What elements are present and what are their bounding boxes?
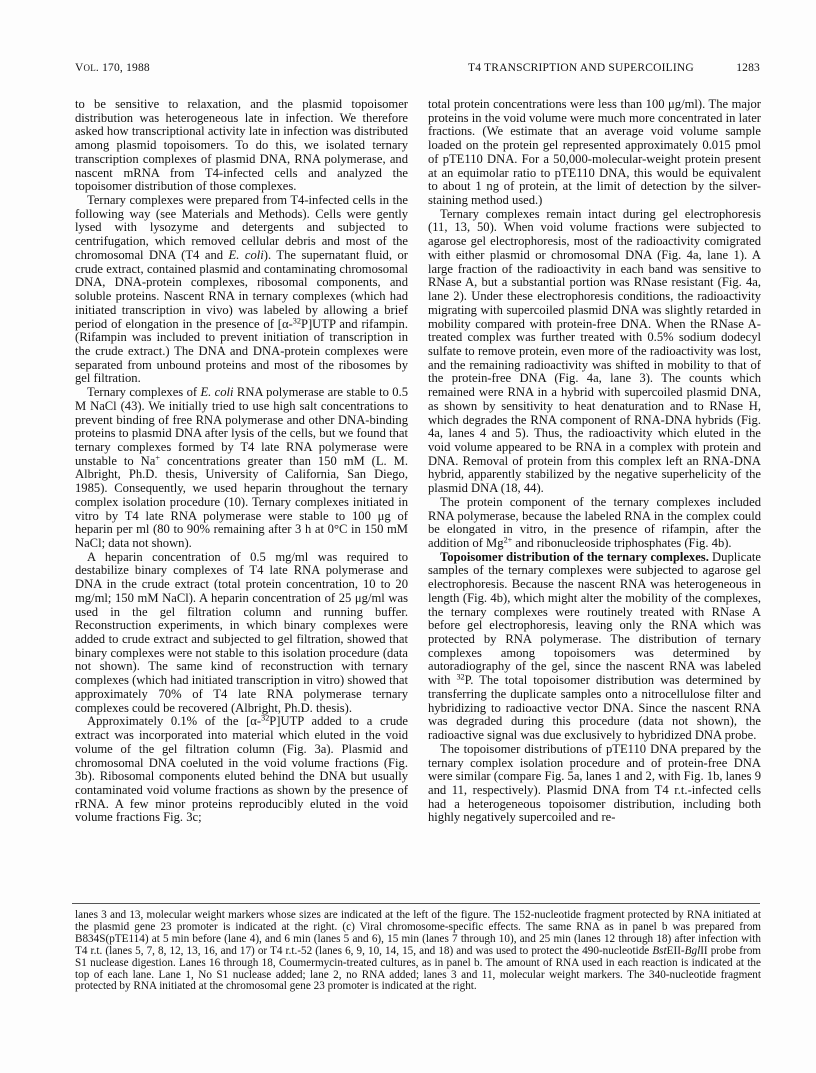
volume-prefix: V (75, 62, 84, 74)
superscript: 32 (293, 316, 301, 325)
superscript: 32 (456, 673, 464, 682)
species-name: E. coli (229, 248, 264, 262)
left-column: to be sensitive to relaxation, and the p… (75, 98, 408, 825)
text-run: Ternary complexes of (87, 385, 200, 399)
running-head-volume: VOL. 170, 1988 (75, 62, 150, 74)
paragraph: A heparin concentration of 0.5 mg/ml was… (75, 551, 408, 716)
paragraph: Ternary complexes remain intact during g… (428, 208, 761, 496)
superscript: 2+ (504, 536, 513, 545)
text-run: Approximately 0.1% of the [α- (87, 714, 261, 728)
right-column: total protein concentrations were less t… (428, 98, 761, 825)
paragraph: Ternary complexes were prepared from T4-… (75, 194, 408, 386)
paragraph: The topoisomer distributions of pTE110 D… (428, 743, 761, 825)
text-run: P]UTP added to a crude extract was incor… (75, 714, 408, 824)
section-heading: Topoisomer distribution of the ternary c… (440, 550, 709, 564)
paragraph: total protein concentrations were less t… (428, 98, 761, 208)
running-head-right: T4 TRANSCRIPTION AND SUPERCOILING 1283 (468, 62, 760, 74)
figure-caption: lanes 3 and 13, molecular weight markers… (75, 910, 761, 993)
paragraph: The protein component of the ternary com… (428, 496, 761, 551)
volume-year: . 170, 1988 (96, 62, 150, 74)
text-run: Duplicate samples of the ternary complex… (428, 550, 761, 687)
enzyme-name: Bst (652, 945, 666, 957)
enzyme-name: Bgl (685, 945, 701, 957)
paragraph: Approximately 0.1% of the [α-32P]UTP add… (75, 715, 408, 825)
paragraph: Topoisomer distribution of the ternary c… (428, 551, 761, 743)
journal-running-title: T4 TRANSCRIPTION AND SUPERCOILING (468, 62, 694, 74)
text-run: P. The total topoisomer distribution was… (428, 673, 761, 742)
species-name: E. coli (200, 385, 233, 399)
text-run: concentrations greater than 150 mM (L. M… (75, 454, 408, 550)
text-run: and ribonucleoside triphosphates (Fig. 4… (512, 536, 731, 550)
paragraph: Ternary complexes of E. coli RNA polymer… (75, 386, 408, 551)
page-number: 1283 (736, 62, 760, 74)
paragraph: to be sensitive to relaxation, and the p… (75, 98, 408, 194)
text-run: EII- (667, 945, 685, 957)
volume-smallcaps: OL (84, 63, 96, 73)
caption-divider (72, 903, 760, 904)
